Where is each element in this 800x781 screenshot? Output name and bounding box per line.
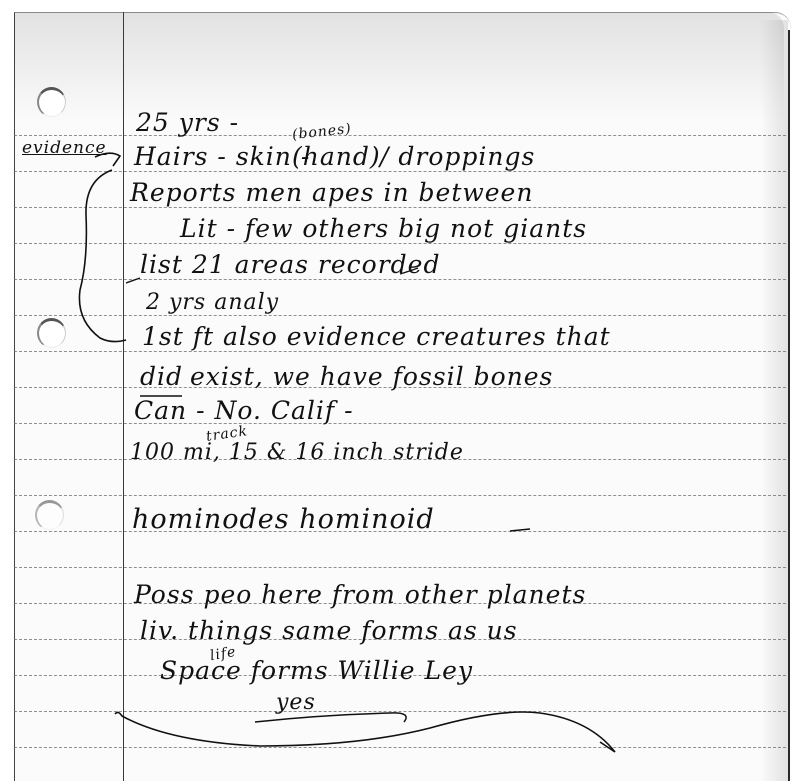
line-space-forms: Space forms Willie Ley <box>160 656 473 685</box>
line-exist: exist, we have fossil bones <box>190 362 553 391</box>
line-hominoid: hominodes hominoid <box>132 504 435 535</box>
line-hairs-a: Hairs - skin - <box>134 142 310 171</box>
line-2-yrs: 2 yrs analy <box>146 290 279 315</box>
arrow-icon <box>95 153 120 166</box>
line-hairs-c: / droppings <box>380 142 535 171</box>
line-25-yrs: 25 yrs - <box>136 108 239 137</box>
line-list-21: list 21 areas recorded <box>140 250 440 279</box>
line-poss-peo: Poss peo here from other planets <box>134 580 586 609</box>
line-1st: 1st ft also evidence creatures that <box>142 322 611 351</box>
line-reports: Reports men apes in between <box>130 178 533 207</box>
hominoid-tail <box>510 529 530 531</box>
line-liv-things: liv. things same forms as us <box>140 616 518 645</box>
line-100-mi: 100 mi, 15 & 16 inch stride <box>130 440 464 465</box>
bracket-tick <box>126 278 140 283</box>
line-did: did <box>140 362 183 391</box>
bracket-stroke <box>79 170 126 342</box>
line-hairs-b: (hand) <box>292 142 381 171</box>
line-can-calif: Can - No. Calif - <box>134 396 354 425</box>
line-lit: Lit - few others big not giants <box>180 214 587 243</box>
flourish-underline <box>115 712 615 752</box>
line-yes: yes <box>276 690 316 715</box>
